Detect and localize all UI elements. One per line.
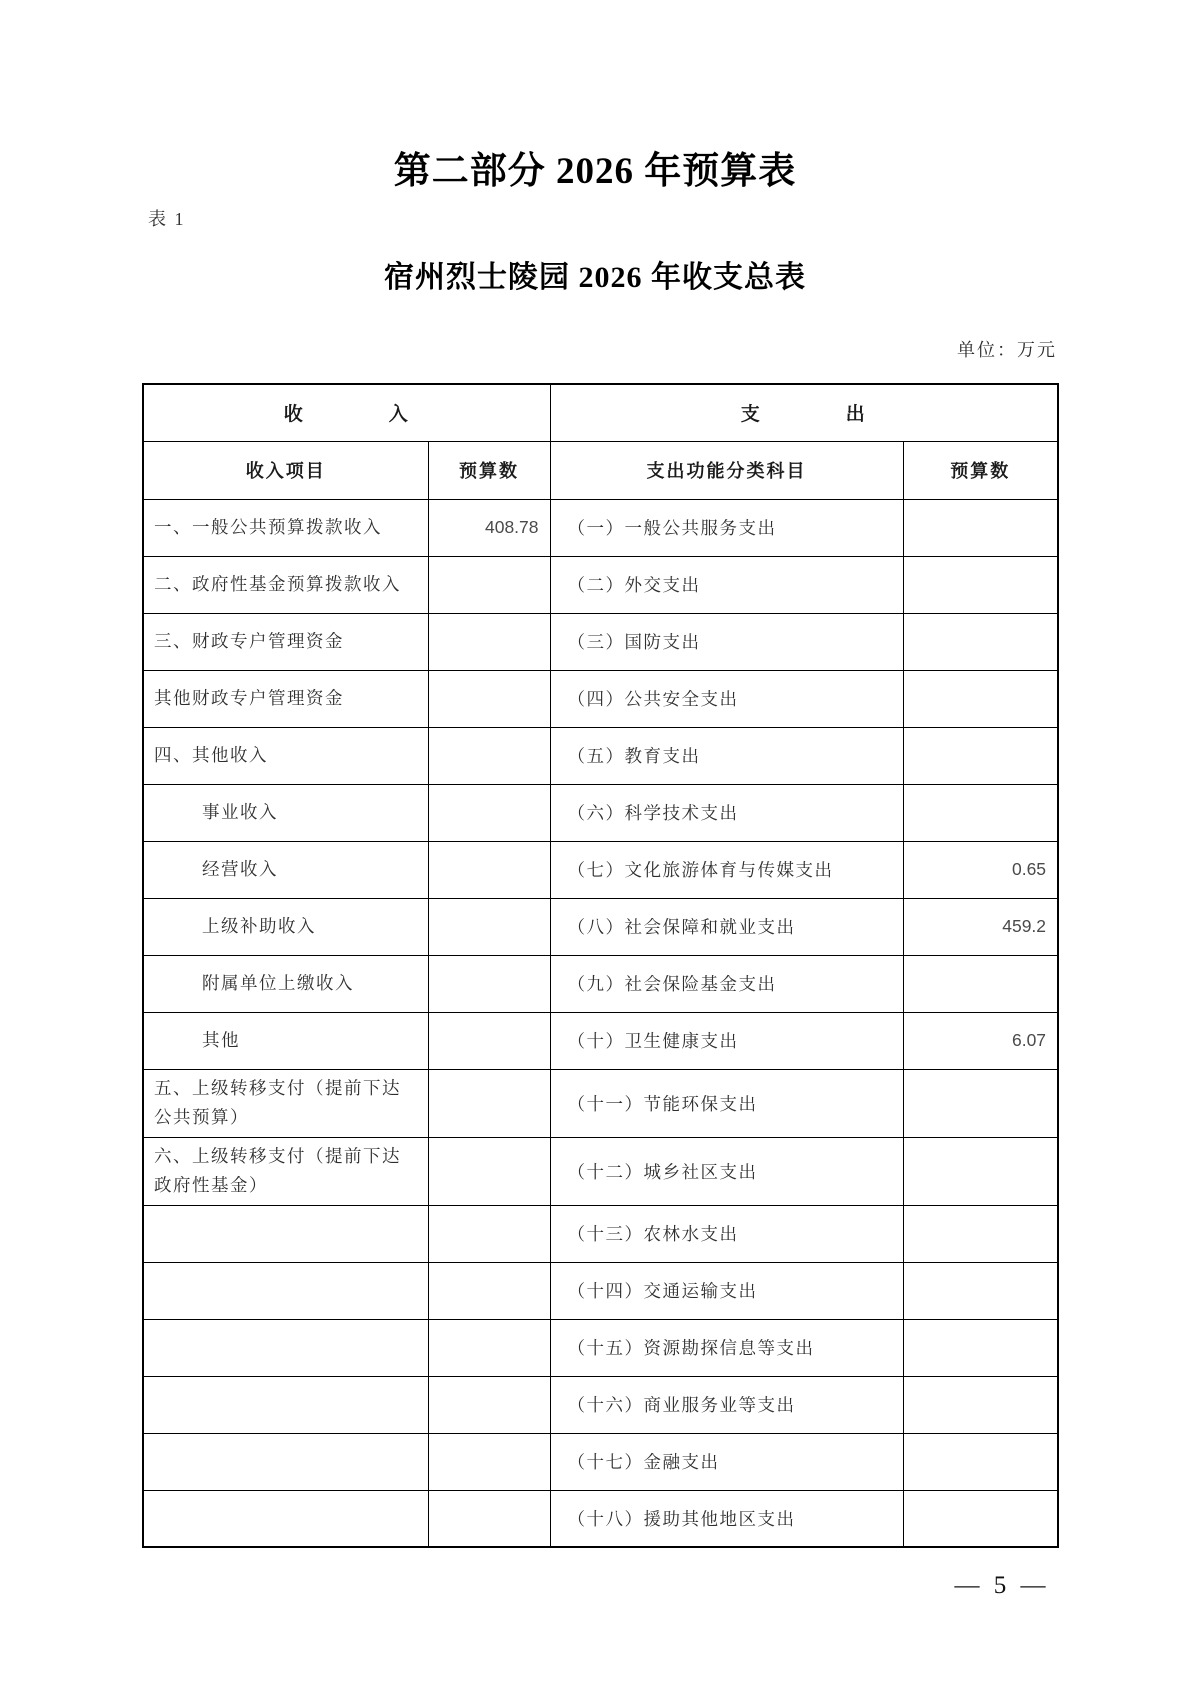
expense-value-cell bbox=[903, 499, 1058, 556]
table-row: 上级补助收入（八）社会保障和就业支出459.2 bbox=[143, 898, 1058, 955]
income-item-cell: 六、上级转移支付（提前下达 政府性基金） bbox=[143, 1137, 428, 1205]
expense-item-cell: （十七）金融支出 bbox=[550, 1433, 903, 1490]
income-value-cell bbox=[428, 784, 550, 841]
income-item-cell: 上级补助收入 bbox=[143, 898, 428, 955]
expense-item-cell: （四）公共安全支出 bbox=[550, 670, 903, 727]
income-value-cell bbox=[428, 613, 550, 670]
income-item-cell bbox=[143, 1319, 428, 1376]
expense-item-cell: （二）外交支出 bbox=[550, 556, 903, 613]
unit-note: 单位：万元 bbox=[142, 336, 1057, 362]
expense-value-cell bbox=[903, 1433, 1058, 1490]
table-row: 其他（十）卫生健康支出6.07 bbox=[143, 1012, 1058, 1069]
income-item-cell: 二、政府性基金预算拨款收入 bbox=[143, 556, 428, 613]
expense-value-cell bbox=[903, 784, 1058, 841]
income-item-cell: 其他财政专户管理资金 bbox=[143, 670, 428, 727]
table-row: （十四）交通运输支出 bbox=[143, 1262, 1058, 1319]
page-number: — 5 — bbox=[920, 1572, 1080, 1600]
expense-value-cell bbox=[903, 1262, 1058, 1319]
table-row: （十六）商业服务业等支出 bbox=[143, 1376, 1058, 1433]
expense-item-cell: （一）一般公共服务支出 bbox=[550, 499, 903, 556]
column-header-income-item: 收入项目 bbox=[143, 441, 428, 499]
income-item-cell bbox=[143, 1490, 428, 1547]
income-value-cell bbox=[428, 1262, 550, 1319]
income-value-cell bbox=[428, 670, 550, 727]
table-row: 附属单位上缴收入（九）社会保险基金支出 bbox=[143, 955, 1058, 1012]
income-value-cell bbox=[428, 1376, 550, 1433]
income-section-header: 收 入 bbox=[143, 384, 550, 441]
table-row: 五、上级转移支付（提前下达 公共预算）（十一）节能环保支出 bbox=[143, 1069, 1058, 1137]
income-value-cell bbox=[428, 1069, 550, 1137]
income-value-cell bbox=[428, 1319, 550, 1376]
income-item-cell bbox=[143, 1433, 428, 1490]
income-item-cell: 四、其他收入 bbox=[143, 727, 428, 784]
column-header-income-budget: 预算数 bbox=[428, 441, 550, 499]
expense-value-cell: 459.2 bbox=[903, 898, 1058, 955]
expense-item-cell: （十八）援助其他地区支出 bbox=[550, 1490, 903, 1547]
expense-value-cell bbox=[903, 1069, 1058, 1137]
table-row: 二、政府性基金预算拨款收入（二）外交支出 bbox=[143, 556, 1058, 613]
expense-value-cell bbox=[903, 613, 1058, 670]
income-item-cell bbox=[143, 1262, 428, 1319]
income-value-cell bbox=[428, 1490, 550, 1547]
table-row: （十五）资源勘探信息等支出 bbox=[143, 1319, 1058, 1376]
table-row: 六、上级转移支付（提前下达 政府性基金）（十二）城乡社区支出 bbox=[143, 1137, 1058, 1205]
income-item-cell: 附属单位上缴收入 bbox=[143, 955, 428, 1012]
income-item-cell bbox=[143, 1376, 428, 1433]
part-title: 第二部分 2026 年预算表 bbox=[0, 140, 1190, 194]
income-item-cell: 一、一般公共预算拨款收入 bbox=[143, 499, 428, 556]
table-row: 其他财政专户管理资金（四）公共安全支出 bbox=[143, 670, 1058, 727]
table-row: （十八）援助其他地区支出 bbox=[143, 1490, 1058, 1547]
column-header-row: 收入项目 预算数 支出功能分类科目 预算数 bbox=[143, 441, 1058, 499]
income-value-cell bbox=[428, 1433, 550, 1490]
table-body: 一、一般公共预算拨款收入408.78（一）一般公共服务支出二、政府性基金预算拨款… bbox=[143, 499, 1058, 1547]
income-value-cell: 408.78 bbox=[428, 499, 550, 556]
section-header-row: 收 入 支 出 bbox=[143, 384, 1058, 441]
expense-value-cell bbox=[903, 670, 1058, 727]
income-item-cell: 事业收入 bbox=[143, 784, 428, 841]
expense-value-cell bbox=[903, 727, 1058, 784]
income-value-cell bbox=[428, 556, 550, 613]
income-value-cell bbox=[428, 841, 550, 898]
table-title: 宿州烈士陵园 2026 年收支总表 bbox=[0, 252, 1190, 296]
table-row: 一、一般公共预算拨款收入408.78（一）一般公共服务支出 bbox=[143, 499, 1058, 556]
expense-item-cell: （五）教育支出 bbox=[550, 727, 903, 784]
table-header: 收 入 支 出 收入项目 预算数 支出功能分类科目 预算数 bbox=[143, 384, 1058, 499]
expense-item-cell: （十一）节能环保支出 bbox=[550, 1069, 903, 1137]
column-header-expense-item: 支出功能分类科目 bbox=[550, 441, 903, 499]
table-row: 事业收入（六）科学技术支出 bbox=[143, 784, 1058, 841]
expense-value-cell bbox=[903, 1137, 1058, 1205]
expense-item-cell: （九）社会保险基金支出 bbox=[550, 955, 903, 1012]
income-item-cell: 经营收入 bbox=[143, 841, 428, 898]
expense-value-cell bbox=[903, 556, 1058, 613]
expense-section-header: 支 出 bbox=[550, 384, 1058, 441]
table-row: （十三）农林水支出 bbox=[143, 1205, 1058, 1262]
expense-item-cell: （七）文化旅游体育与传媒支出 bbox=[550, 841, 903, 898]
expense-value-cell bbox=[903, 955, 1058, 1012]
expense-value-cell: 0.65 bbox=[903, 841, 1058, 898]
income-item-cell: 五、上级转移支付（提前下达 公共预算） bbox=[143, 1069, 428, 1137]
expense-item-cell: （十四）交通运输支出 bbox=[550, 1262, 903, 1319]
expense-value-cell bbox=[903, 1205, 1058, 1262]
table-row: （十七）金融支出 bbox=[143, 1433, 1058, 1490]
expense-value-cell bbox=[903, 1319, 1058, 1376]
column-header-expense-budget: 预算数 bbox=[903, 441, 1058, 499]
table-row: 经营收入（七）文化旅游体育与传媒支出0.65 bbox=[143, 841, 1058, 898]
income-item-cell: 三、财政专户管理资金 bbox=[143, 613, 428, 670]
expense-item-cell: （八）社会保障和就业支出 bbox=[550, 898, 903, 955]
expense-item-cell: （十五）资源勘探信息等支出 bbox=[550, 1319, 903, 1376]
expense-item-cell: （六）科学技术支出 bbox=[550, 784, 903, 841]
expense-item-cell: （十）卫生健康支出 bbox=[550, 1012, 903, 1069]
expense-value-cell bbox=[903, 1490, 1058, 1547]
income-value-cell bbox=[428, 898, 550, 955]
expense-item-cell: （三）国防支出 bbox=[550, 613, 903, 670]
income-value-cell bbox=[428, 1205, 550, 1262]
expense-item-cell: （十六）商业服务业等支出 bbox=[550, 1376, 903, 1433]
table-number-label: 表 1 bbox=[148, 205, 186, 231]
income-value-cell bbox=[428, 1012, 550, 1069]
expense-value-cell: 6.07 bbox=[903, 1012, 1058, 1069]
document-page: 第二部分 2026 年预算表 表 1 宿州烈士陵园 2026 年收支总表 单位：… bbox=[0, 0, 1190, 1683]
income-value-cell bbox=[428, 1137, 550, 1205]
budget-table: 收 入 支 出 收入项目 预算数 支出功能分类科目 预算数 一、一般公共预算拨款… bbox=[142, 383, 1059, 1548]
income-value-cell bbox=[428, 727, 550, 784]
expense-value-cell bbox=[903, 1376, 1058, 1433]
expense-item-cell: （十二）城乡社区支出 bbox=[550, 1137, 903, 1205]
income-value-cell bbox=[428, 955, 550, 1012]
expense-item-cell: （十三）农林水支出 bbox=[550, 1205, 903, 1262]
table-row: 四、其他收入（五）教育支出 bbox=[143, 727, 1058, 784]
table-row: 三、财政专户管理资金（三）国防支出 bbox=[143, 613, 1058, 670]
income-item-cell: 其他 bbox=[143, 1012, 428, 1069]
income-item-cell bbox=[143, 1205, 428, 1262]
